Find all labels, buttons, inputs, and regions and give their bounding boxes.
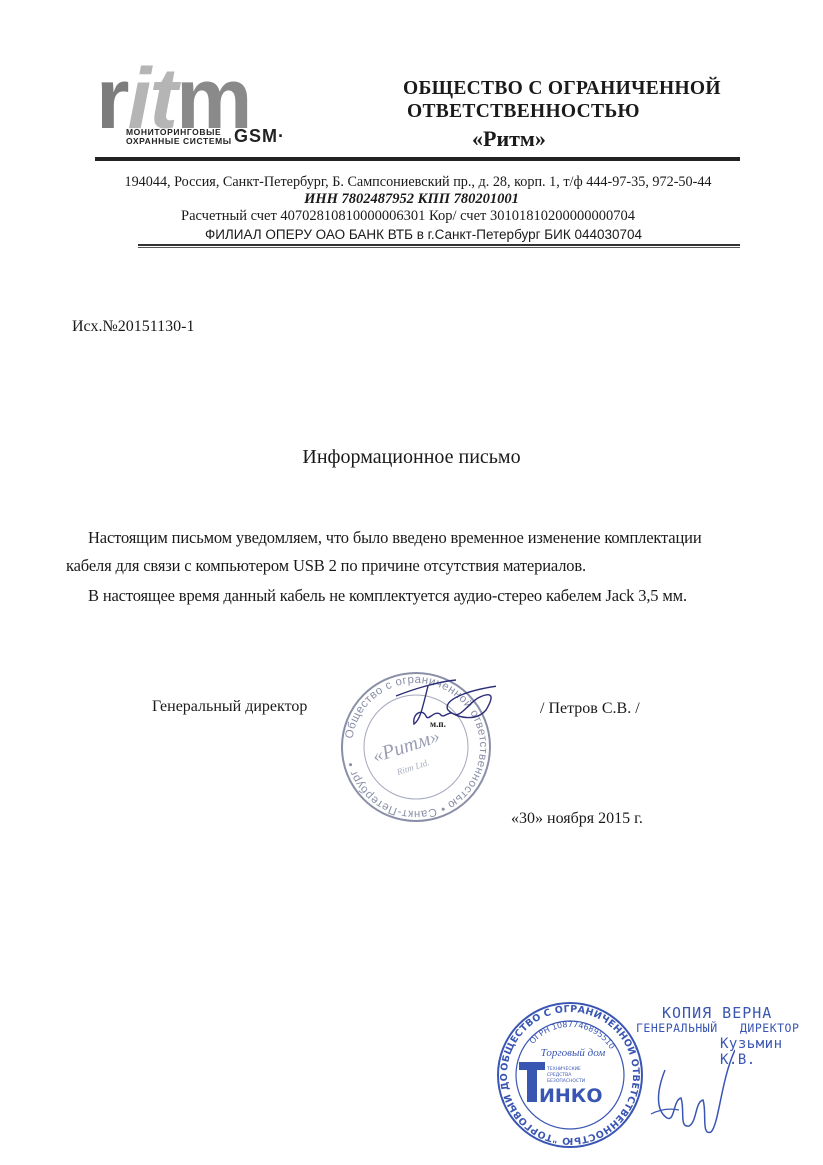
svg-text:ИНКО: ИНКО [539,1085,603,1107]
org-type-line2: ОТВЕТСТВЕННОСТЬЮ [407,101,640,123]
company-logo: ritm МОНИТОРИНГОВЫЕ ОХРАННЫЕ СИСТЕМЫ GSM… [96,62,326,152]
svg-text:ТЕХНИЧЕСКИЕ: ТЕХНИЧЕСКИЕ [546,1066,581,1072]
signatory-name: / Петров С.В. / [540,700,640,718]
outgoing-number: Исх.№20151130-1 [72,318,194,336]
svg-text:БЕЗОПАСНОСТИ: БЕЗОПАСНОСТИ [547,1078,585,1084]
document-title: Информационное письмо [0,446,823,469]
signatory-role: Генеральный директор [152,698,307,716]
org-name: «Ритм» [472,126,546,152]
seal-place-marker: м.п. [430,719,446,729]
company-bank: ФИЛИАЛ ОПЕРУ ОАО БАНК ВТБ в г.Санкт-Пете… [0,227,823,242]
paragraph-1-line-1: Настоящим письмом уведомляем, что было в… [88,528,702,548]
certifier-role-part2: ДИРЕКТОР [740,1021,799,1035]
company-seal-icon: Общество с ограниченной ответственностью… [336,670,496,825]
certifier-signature-icon [645,1040,735,1140]
svg-text:СРЕДСТВА: СРЕДСТВА [547,1072,572,1078]
header-divider [95,157,740,161]
certification-seal-icon: ОБЩЕСТВО С ОГРАНИЧЕННОЙ ОТВЕТСТВЕННОСТЬЮ… [495,1000,645,1150]
footer-divider-thin [138,247,740,248]
company-inn-kpp: ИНН 7802487952 КПП 780201001 [0,191,823,208]
svg-text:Торговый дом: Торговый дом [541,1047,606,1059]
paragraph-2: В настоящее время данный кабель не компл… [88,586,687,606]
svg-text:Ritm Ltd.: Ritm Ltd. [395,757,431,777]
footer-divider [138,244,740,246]
logo-subtitle: МОНИТОРИНГОВЫЕ ОХРАННЫЕ СИСТЕМЫ [126,128,232,146]
svg-text:«Ритм»: «Ритм» [370,725,443,767]
org-type-line1: ОБЩЕСТВО С ОГРАНИЧЕННОЙ [403,78,721,100]
logo-gsm: GSM· [234,126,285,147]
company-address: 194044, Россия, Санкт-Петербург, Б. Самп… [98,174,738,191]
company-accounts: Расчетный счет 40702810810000006301 Кор/… [0,208,808,225]
document-date: «30» ноября 2015 г. [511,810,643,828]
paragraph-1-line-2: кабеля для связи с компьютером USB 2 по … [66,556,586,576]
certifier-role-part1: ГЕНЕРАЛЬНЫЙ [636,1021,718,1035]
certified-copy-label: КОПИЯ ВЕРНА [662,1004,772,1022]
certifier-name: Кузьмин К.В. [720,1036,823,1068]
